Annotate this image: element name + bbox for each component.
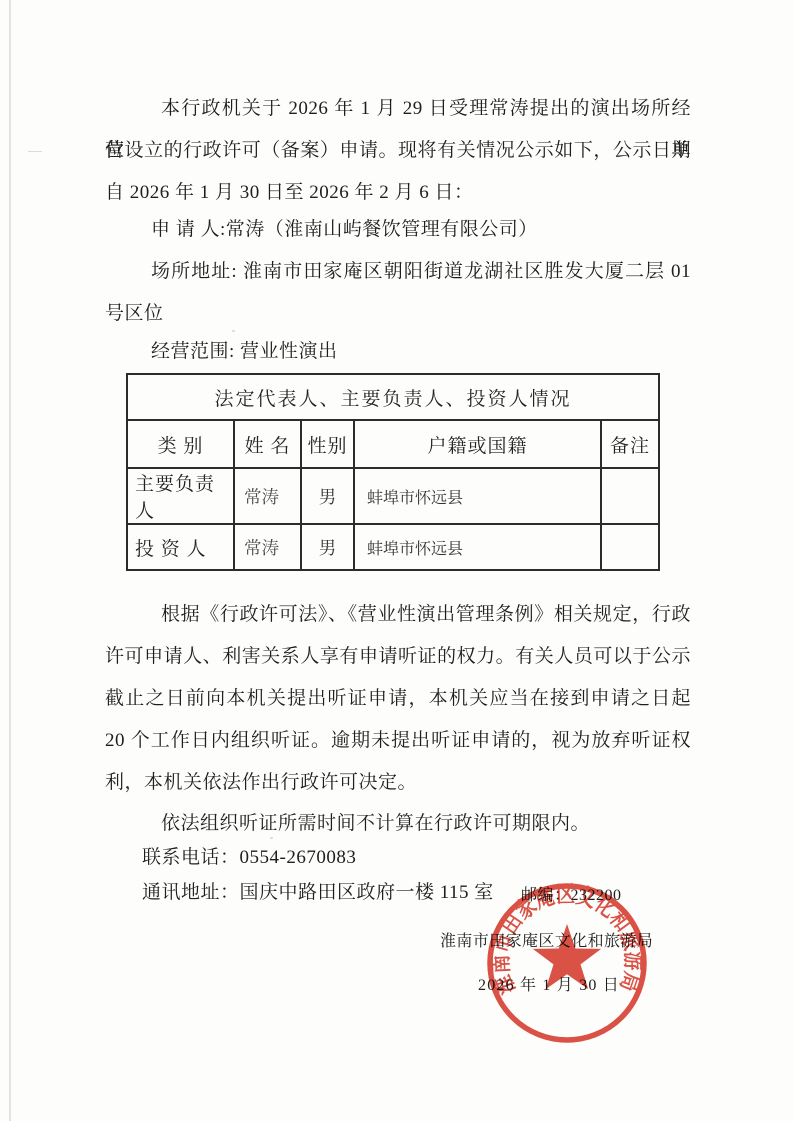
venue-address-block: 场所地址: 淮南市田家庵区朝阳街道龙湖社区胜发大厦二层 01 号区位 [105, 251, 691, 335]
applicant-line: 申 请 人:常涛（淮南山屿餐饮管理有限公司） [105, 209, 691, 251]
agency-name-line: 淮南市田家庵区文化和旅游局 [440, 928, 653, 951]
column-header-category: 类 别 [127, 420, 234, 468]
column-header-name: 姓 名 [234, 420, 301, 468]
paragraph-line: 自 2026 年 1 月 30 日至 2026 年 2 月 6 日： [105, 172, 691, 214]
cell-name: 常涛 [234, 468, 301, 524]
note-paragraph: 依法组织听证所需时间不计算在行政许可期限内。 [105, 803, 691, 845]
table-title: 法定代表人、主要负责人、投资人情况 [127, 374, 659, 420]
issue-date-line: 2026 年 1 月 30 日 [478, 972, 620, 995]
scan-edge-shadow [9, 0, 11, 1121]
applicant-line-block: 申 请 人:常涛（淮南山屿餐饮管理有限公司） [105, 209, 691, 251]
column-header-origin: 户籍或国籍 [354, 420, 601, 468]
cell-note [601, 468, 659, 524]
scan-mark [28, 146, 42, 156]
cell-name: 常涛 [234, 524, 301, 570]
contact-phone-line: 联系电话：0554-2670083 [105, 840, 691, 876]
paragraph-line: 场所地址: 淮南市田家庵区朝阳街道龙湖社区胜发大厦二层 01 [105, 251, 691, 293]
table-row: 投 资 人 常涛 男 蚌埠市怀远县 [127, 524, 659, 570]
business-scope-block: 经营范围: 营业性演出 [105, 331, 691, 373]
table-title-row: 法定代表人、主要负责人、投资人情况 [127, 374, 659, 420]
cell-category: 主要负责人 [127, 468, 234, 524]
cell-note [601, 524, 659, 570]
cell-gender: 男 [301, 524, 354, 570]
cell-origin: 蚌埠市怀远县 [354, 468, 601, 524]
postal-code-line: 邮编：232200 [521, 882, 622, 905]
intro-paragraph: 本行政机关于 2026 年 1 月 29 日受理常涛提出的演出场所经营单 位设立… [105, 88, 691, 214]
cell-gender: 男 [301, 468, 354, 524]
paragraph-line: 根据《行政许可法》、《营业性演出管理条例》相关规定，行政 [105, 594, 691, 636]
table-header-row: 类 别 姓 名 性别 户籍或国籍 备注 [127, 420, 659, 468]
table-row: 主要负责人 常涛 男 蚌埠市怀远县 [127, 468, 659, 524]
paragraph-line: 截止之日前向本机关提出听证申请，本机关应当在接到申请之日起 [105, 678, 691, 720]
document-page: 本行政机关于 2026 年 1 月 29 日受理常涛提出的演出场所经营单 位设立… [0, 0, 793, 1121]
column-header-note: 备注 [601, 420, 659, 468]
paragraph-line: 依法组织听证所需时间不计算在行政许可期限内。 [105, 803, 691, 845]
representatives-table: 法定代表人、主要负责人、投资人情况 类 别 姓 名 性别 户籍或国籍 备注 主要… [126, 373, 660, 571]
business-scope-line: 经营范围: 营业性演出 [105, 331, 691, 373]
paragraph-line: 位设立的行政许可（备案）申请。现将有关情况公示如下，公示日期 [105, 130, 691, 172]
paragraph-line: 许可申请人、利害关系人享有申请听证的权力。有关人员可以于公示 [105, 636, 691, 678]
paragraph-line: 号区位 [105, 293, 691, 335]
hearing-paragraph: 根据《行政许可法》、《营业性演出管理条例》相关规定，行政 许可申请人、利害关系人… [105, 594, 691, 804]
cell-origin: 蚌埠市怀远县 [354, 524, 601, 570]
paragraph-line: 20 个工作日内组织听证。逾期未提出听证申请的，视为放弃听证权 [105, 720, 691, 762]
contact-phone-block: 联系电话：0554-2670083 [105, 840, 691, 876]
column-header-gender: 性别 [301, 420, 354, 468]
paragraph-line: 利，本机关依法作出行政许可决定。 [105, 762, 691, 804]
cell-category: 投 资 人 [127, 524, 234, 570]
paragraph-line: 本行政机关于 2026 年 1 月 29 日受理常涛提出的演出场所经营单 [105, 88, 691, 130]
